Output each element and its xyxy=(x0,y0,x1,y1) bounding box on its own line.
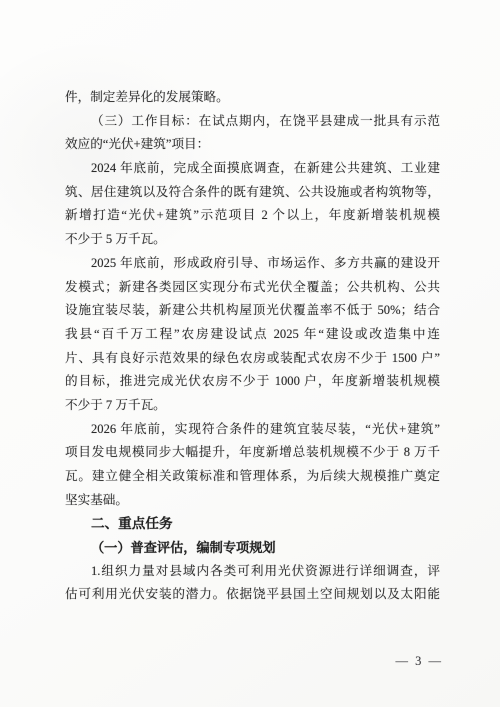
body-line: 发模式；新建各类园区实现分布式光伏全覆盖；公共机构、公共 xyxy=(65,276,440,300)
body-line: （三）工作目标：在试点期内，在饶平县建成一批具有示范 xyxy=(65,110,440,134)
body-line: 2024 年底前，完成全面摸底调查，在新建公共建筑、工业建 xyxy=(65,157,440,181)
body-line: 效应的“光伏+建筑”项目： xyxy=(65,133,440,157)
body-line: 片、具有良好示范效果的绿色农房或装配式农房不少于 1500 户” xyxy=(65,347,440,371)
body-line: 的目标，推进完成光伏农房不少于 1000 户，年度新增装机规模 xyxy=(65,370,440,394)
body-line: 件，制定差异化的发展策略。 xyxy=(65,86,440,110)
body-line: 不少于 5 万千瓦。 xyxy=(65,228,440,252)
body-line: 2025 年底前，形成政府引导、市场运作、多方共赢的建设开 xyxy=(65,252,440,276)
body-line: 项目发电规模同步大幅提升，年度新增总装机规模不少于 8 万千 xyxy=(65,441,440,465)
document-page: 件，制定差异化的发展策略。 （三）工作目标：在试点期内，在饶平县建成一批具有示范… xyxy=(0,0,500,707)
section-heading: 二、重点任务 xyxy=(65,512,440,536)
body-line: 新增打造“光伏+建筑”示范项目 2 个以上，年度新增装机规模 xyxy=(65,204,440,228)
body-line: 不少于 7 万千瓦。 xyxy=(65,394,440,418)
body-line: 筑、居住建筑以及符合条件的既有建筑、公共设施或者构筑物等， xyxy=(65,181,440,205)
subsection-heading: （一）普查评估，编制专项规划 xyxy=(65,536,440,560)
document-body: 件，制定差异化的发展策略。 （三）工作目标：在试点期内，在饶平县建成一批具有示范… xyxy=(65,86,440,607)
body-line: 我县“百千万工程”农房建设试点 2025 年“建设或改造集中连 xyxy=(65,323,440,347)
body-line: 瓦。建立健全相关政策标准和管理体系，为后续大规模推广奠定 xyxy=(65,465,440,489)
body-line: 设施宜装尽装，新建公共机构屋顶光伏覆盖率不低于 50%；结合 xyxy=(65,299,440,323)
body-line: 估可利用光伏安装的潜力。依据饶平县国土空间规划以及太阳能 xyxy=(65,583,440,607)
body-line: 1.组织力量对县域内各类可利用光伏资源进行详细调查，评 xyxy=(65,560,440,584)
body-line: 坚实基础。 xyxy=(65,489,440,513)
body-line: 2026 年底前，实现符合条件的建筑宜装尽装，“光伏+建筑” xyxy=(65,418,440,442)
page-number: — 3 — xyxy=(396,651,444,671)
